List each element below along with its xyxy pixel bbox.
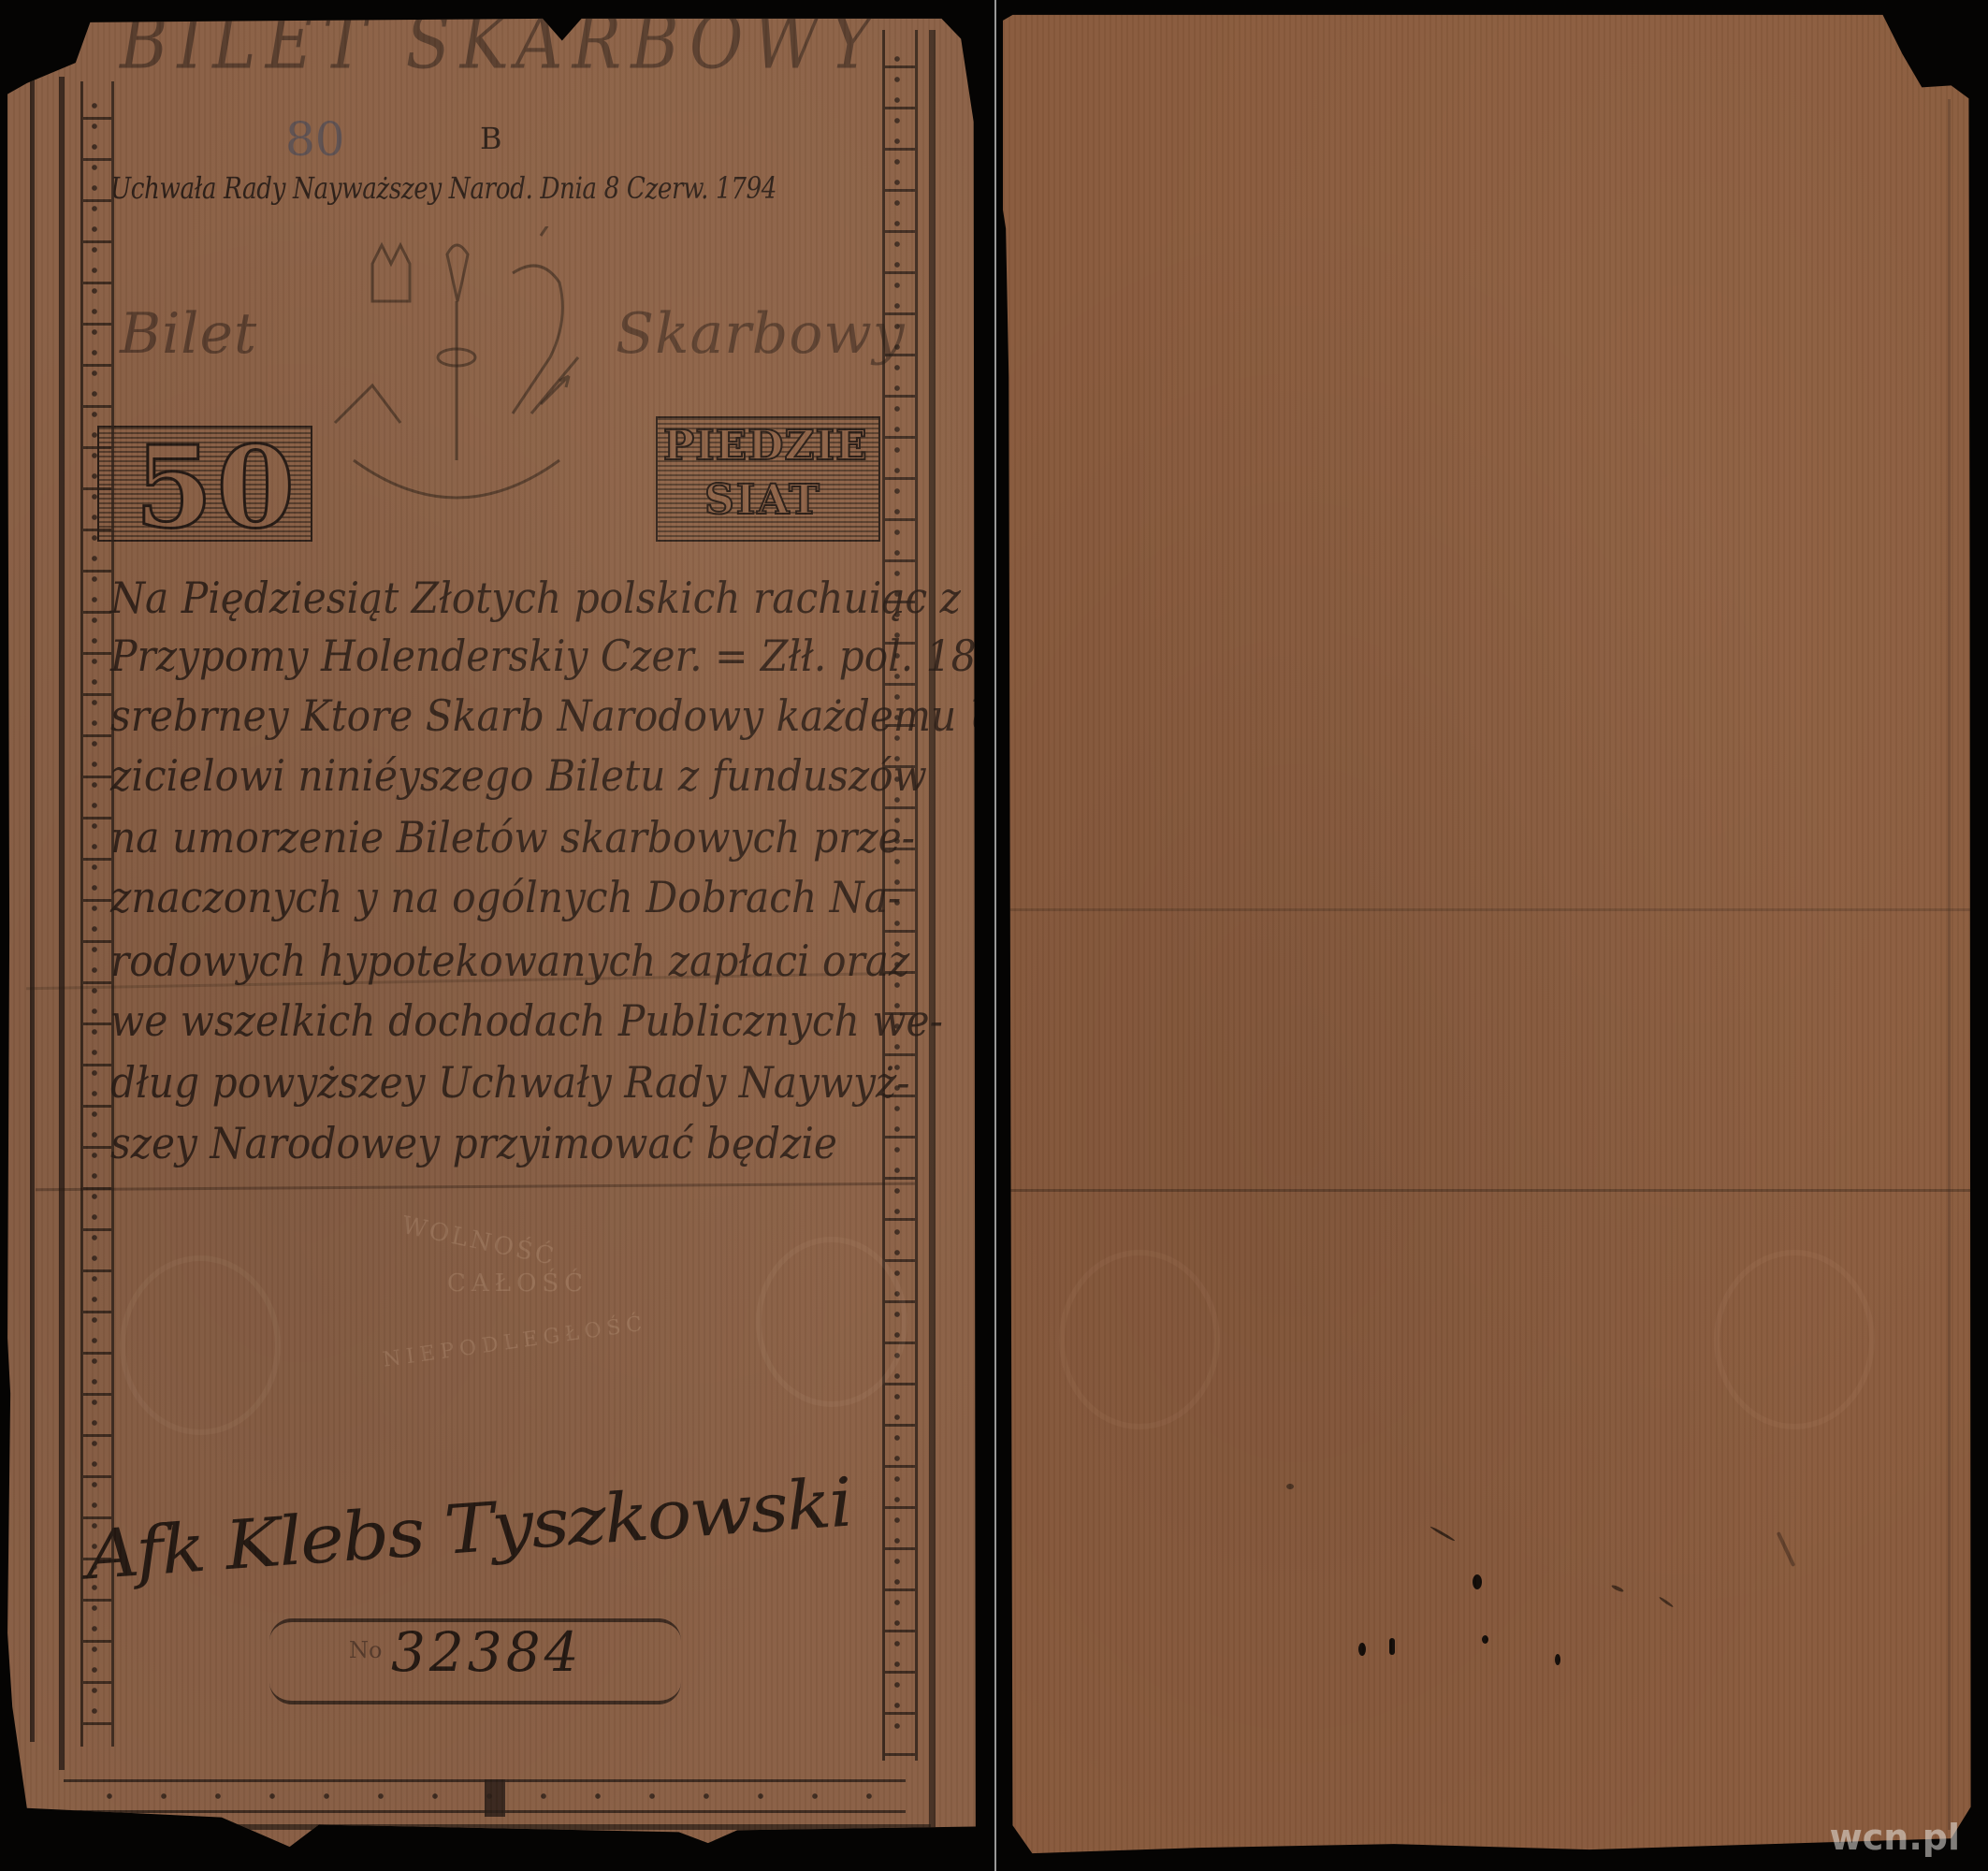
border-line (30, 67, 35, 1742)
banknote-front: BILET SKARBOWY 80 B Uchwała Rady Nayważs… (7, 11, 980, 1854)
border-line (929, 30, 936, 1845)
body-line: znaczonych y na ogólnych Dobrach Na- (110, 872, 901, 922)
border-line (42, 1824, 931, 1830)
bottom-center-ornament (485, 1779, 505, 1817)
paper-fold (1003, 1189, 1976, 1192)
body-line: we wszelkich dochodach Publicznych we- (110, 995, 943, 1046)
body-line: srebrney Ktore Skarb Narodowy każdemu Uk… (110, 690, 1064, 741)
coat-of-arms-emblem (316, 226, 672, 544)
watermark-ring (756, 1237, 907, 1407)
denomination-numeral: 50 (135, 422, 298, 554)
body-line: dług powyższey Uchwały Rady Naywyż- (110, 1057, 910, 1108)
body-line: na umorzenie Biletów skarbowych prze- (110, 812, 915, 863)
watermark-text: CAŁOŚĆ (447, 1269, 588, 1298)
serial-number: 32384 (391, 1620, 583, 1684)
watermark-ring (1059, 1250, 1220, 1429)
denomination-word-top: PIEDZIE (663, 422, 868, 470)
ink-stain (1473, 1574, 1482, 1589)
denomination-word-bottom: SIAT (704, 476, 821, 524)
watermark-ring (1714, 1250, 1875, 1429)
watermark-text: WOLNOŚĆ (399, 1211, 559, 1271)
ink-stain (1555, 1654, 1560, 1665)
scan-divider (994, 0, 996, 1871)
border-line (59, 77, 65, 1770)
denomination-word-box: PIEDZIE SIAT (656, 416, 880, 542)
body-line: zicielowi niniéyszego Biletu z funduszów (110, 750, 927, 801)
denomination-numeral-box: 50 (97, 426, 312, 542)
ink-stain (1286, 1484, 1294, 1489)
ink-stain (1389, 1638, 1395, 1655)
banknote-back (1003, 6, 1981, 1863)
watermark-text: NIEPODLEGŁOŚĆ (382, 1312, 649, 1371)
ink-stain (1777, 1531, 1796, 1567)
signature: Afk Klebs Tyszkowski (83, 1463, 853, 1595)
serial-prefix: No (349, 1637, 382, 1663)
body-line: Przypomy Holenderskiy Czer. = Złł. pol. … (110, 631, 1140, 681)
ink-stain (1482, 1635, 1488, 1644)
left-chain-dots (88, 95, 101, 1723)
decree-line: Uchwała Rady Nayważszey Narod. Dnia 8 Cz… (110, 170, 776, 206)
ink-stain (1659, 1596, 1674, 1608)
ink-stain (1611, 1584, 1624, 1593)
pencil-number: 80 (285, 112, 345, 167)
ink-stain (1358, 1643, 1366, 1656)
body-line: szey Narodowey przyimować będzie (110, 1118, 837, 1168)
ink-stain (1429, 1526, 1455, 1543)
serial-brace-bottom (269, 1682, 681, 1704)
watermark-ring (120, 1255, 281, 1435)
header-script-text: BILET SKARBOWY (120, 0, 882, 86)
series-letter: B (480, 121, 502, 156)
site-watermark: wcn.pl (1830, 1817, 1960, 1858)
paper-fold (36, 1182, 915, 1192)
paper-fold (1948, 99, 1951, 1830)
paper-fold (1003, 908, 1976, 911)
title-bilet: Bilet (120, 301, 257, 367)
body-line: Na Piędziesiąt Złotych polskich rachuiąc… (110, 573, 1097, 623)
